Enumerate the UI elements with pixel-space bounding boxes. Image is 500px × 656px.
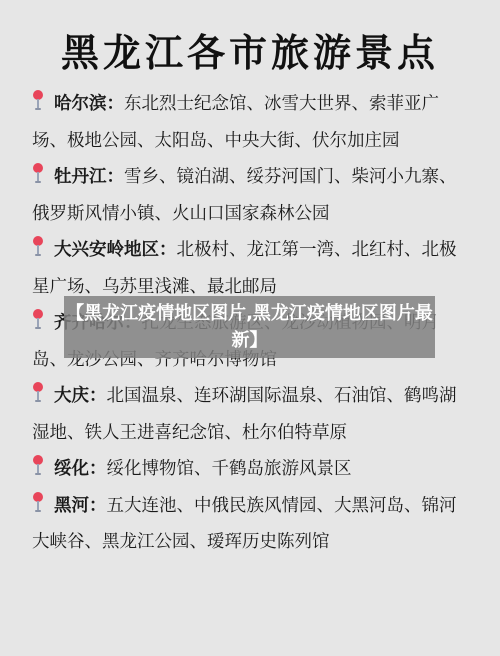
city-label: 绥化： xyxy=(54,459,107,479)
list-item-heihe: 黑河：五大连池、中俄民族风情园、大黑河岛、锦河大峡谷、黑龙江公园、瑷珲历史陈列馆 xyxy=(32,488,472,561)
map-pin-icon xyxy=(32,492,44,514)
list-item-daqing: 大庆：北国温泉、连环湖国际温泉、石油馆、鹤鸣湖湿地、铁人王进喜纪念馆、杜尔伯特草… xyxy=(32,378,472,451)
city-label: 大兴安岭地区： xyxy=(54,240,177,260)
list-item-daxinganling: 大兴安岭地区：北极村、龙江第一湾、北红村、北极星广场、乌苏里浅滩、最北邮局 xyxy=(32,232,472,305)
city-label: 牡丹江： xyxy=(54,167,124,187)
map-pin-icon xyxy=(32,163,44,185)
map-pin-icon xyxy=(32,309,44,331)
map-pin-icon xyxy=(32,90,44,112)
attractions-text: 绥化博物馆、千鹤岛旅游风景区 xyxy=(107,459,352,479)
map-pin-icon xyxy=(32,382,44,404)
city-label: 大庆： xyxy=(54,386,107,406)
list-item-mudanjiang: 牡丹江：雪乡、镜泊湖、绥芬河国门、柴河小九寨、俄罗斯风情小镇、火山口国家森林公园 xyxy=(32,159,472,232)
page-title: 黑龙江各市旅游景点 xyxy=(0,22,500,77)
overlay-caption: 【黑龙江疫情地区图片,黑龙江疫情地区图片最新】 xyxy=(66,303,433,351)
city-label: 哈尔滨： xyxy=(54,94,124,114)
list-item-suihua: 绥化：绥化博物馆、千鹤岛旅游风景区 xyxy=(32,451,472,488)
map-pin-icon xyxy=(32,236,44,258)
caption-overlay: 【黑龙江疫情地区图片,黑龙江疫情地区图片最新】 xyxy=(64,296,435,358)
list-item-harbin: 哈尔滨：东北烈士纪念馆、冰雪大世界、索菲亚广场、极地公园、太阳岛、中央大街、伏尔… xyxy=(32,86,472,159)
map-pin-icon xyxy=(32,455,44,477)
city-label: 黑河： xyxy=(54,496,107,516)
